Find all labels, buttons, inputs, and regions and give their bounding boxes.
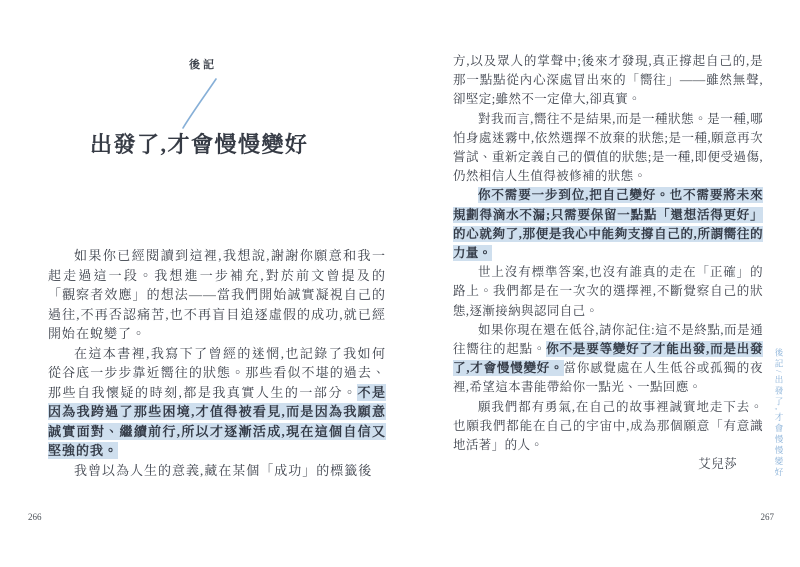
text-run: 如果你已經閱讀到這裡,我想說,謝謝你願意和我一起走過這一段。我想進一步補充,對於… (48, 248, 386, 341)
highlighted-text: 你不需要一步到位,把自己變好。也不需要將未來規劃得滴水不漏;只需要保留一點點「還… (453, 187, 763, 261)
right-body-text: 方,以及眾人的掌聲中;後來才發現,真正撐起自己的,是那一點點從內心深處冒出來的「… (453, 52, 763, 474)
text-run: 世上沒有標準答案,也沒有誰真的走在「正確」的路上。我們都是在一次次的選擇裡,不斷… (453, 265, 763, 317)
paragraph: 如果你現在還在低谷,請你記住:這不是終點,而是通往嚮往的起點。你不是要等變好了才… (453, 321, 763, 398)
text-run: 我曾以為人生的意義,藏在某個「成功」的標籤後 (74, 463, 372, 478)
chapter-label: 後記 (189, 56, 217, 72)
paragraph: 願我們都有勇氣,在自己的故事裡誠實地走下去。也願我們都能在自己的宇宙中,成為那個… (453, 398, 763, 456)
text-run: 方,以及眾人的掌聲中;後來才發現,真正撐起自己的,是那一點點從內心深處冒出來的「… (453, 54, 763, 106)
text-run: 艾兒莎 (698, 457, 737, 471)
left-body-text: 如果你已經閱讀到這裡,我想說,謝謝你願意和我一起走過這一段。我想進一步補充,對於… (48, 246, 386, 480)
page-number-right: 267 (761, 512, 775, 522)
text-run: 在這本書裡,我寫下了曾經的迷惘,也記錄了我如何從谷底一步步靠近嚮往的狀態。那些看… (48, 346, 386, 400)
decorative-slash-line (178, 75, 222, 133)
paragraph: 你不需要一步到位,把自己變好。也不需要將未來規劃得滴水不漏;只需要保留一點點「還… (453, 186, 763, 263)
book-spread: 後記 出發了,才會慢慢變好 如果你已經閱讀到這裡,我想說,謝謝你願意和我一起走過… (0, 0, 800, 567)
running-head-vertical: 後記/出發了,才會慢慢變好 (773, 348, 785, 479)
text-run: 願我們都有勇氣,在自己的故事裡誠實地走下去。也願我們都能在自己的宇宙中,成為那個… (453, 400, 763, 452)
chapter-title: 出發了,才會慢慢變好 (90, 128, 309, 159)
paragraph: 方,以及眾人的掌聲中;後來才發現,真正撐起自己的,是那一點點從內心深處冒出來的「… (453, 52, 763, 110)
page-number-left: 266 (28, 512, 42, 522)
paragraph: 如果你已經閱讀到這裡,我想說,謝謝你願意和我一起走過這一段。我想進一步補充,對於… (48, 246, 386, 344)
paragraph: 對我而言,嚮往不是結果,而是一種狀態。是一種,哪怕身處迷霧中,依然選擇不放棄的狀… (453, 110, 763, 187)
author-signature: 艾兒莎 (453, 455, 763, 474)
text-run: 對我而言,嚮往不是結果,而是一種狀態。是一種,哪怕身處迷霧中,依然選擇不放棄的狀… (453, 112, 763, 184)
paragraph: 在這本書裡,我寫下了曾經的迷惘,也記錄了我如何從谷底一步步靠近嚮往的狀態。那些看… (48, 344, 386, 461)
paragraph: 世上沒有標準答案,也沒有誰真的走在「正確」的路上。我們都是在一次次的選擇裡,不斷… (453, 263, 763, 321)
paragraph: 我曾以為人生的意義,藏在某個「成功」的標籤後 (48, 461, 386, 481)
